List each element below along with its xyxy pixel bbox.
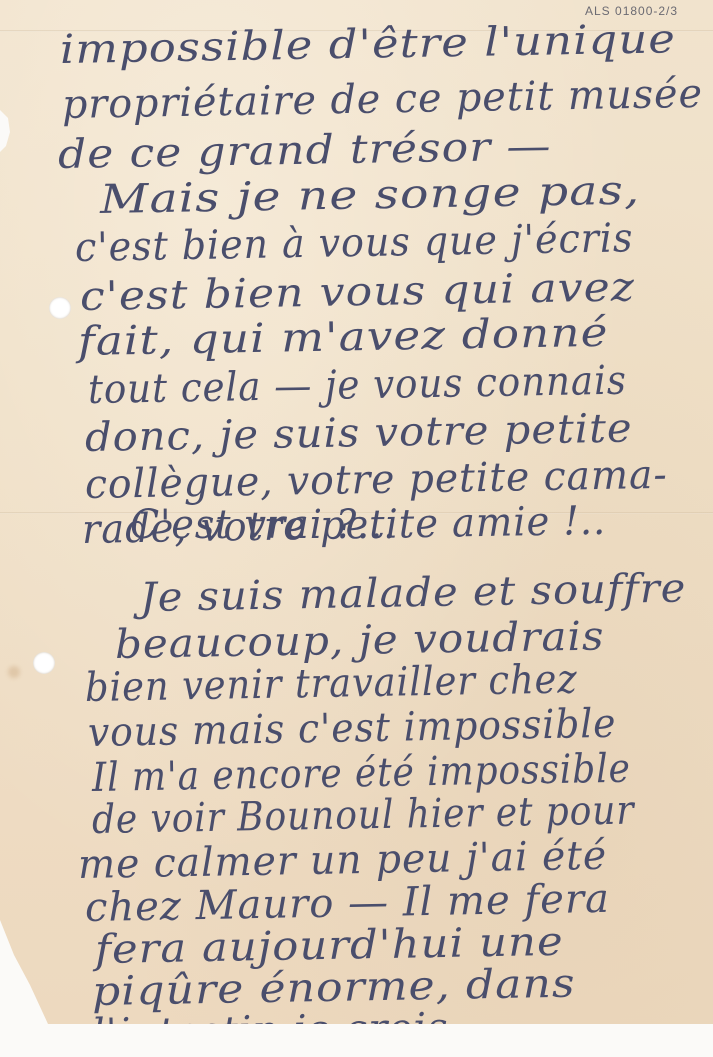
- letter-line: bien venir travailler chez: [85, 659, 578, 708]
- letter-line: de ce grand trésor —: [58, 126, 552, 175]
- letter-line: impossible d'être l'unique: [60, 19, 677, 70]
- letter-line: c'est bien à vous que j'écris: [75, 218, 634, 268]
- letter-line: vous mais c'est impossible: [88, 704, 617, 753]
- letter-line: tout cela — je vous connais: [88, 361, 628, 410]
- letter-line: piqûre énorme, dans: [92, 964, 576, 1012]
- letter-line: de voir Bounoul hier et pour: [92, 791, 635, 840]
- handwritten-letter-body: impossible d'être l'unique propriétaire …: [0, 0, 713, 1024]
- letter-line: l'intestin je crois —: [92, 1007, 504, 1024]
- letter-line: Je suis malade et souffre: [140, 568, 687, 618]
- letter-line: c'est bien vous qui avez: [80, 267, 636, 317]
- letter-line: fait, qui m'avez donné: [78, 313, 609, 362]
- letter-line: C'est vrai ?...: [130, 505, 396, 545]
- letter-line: propriétaire de ce petit musée: [62, 74, 704, 125]
- letter-line: donc, je suis votre petite: [85, 408, 633, 458]
- letter-page: ALS 01800-2/3 impossible d'être l'unique…: [0, 0, 713, 1024]
- letter-line: Mais je ne songe pas,: [100, 171, 641, 220]
